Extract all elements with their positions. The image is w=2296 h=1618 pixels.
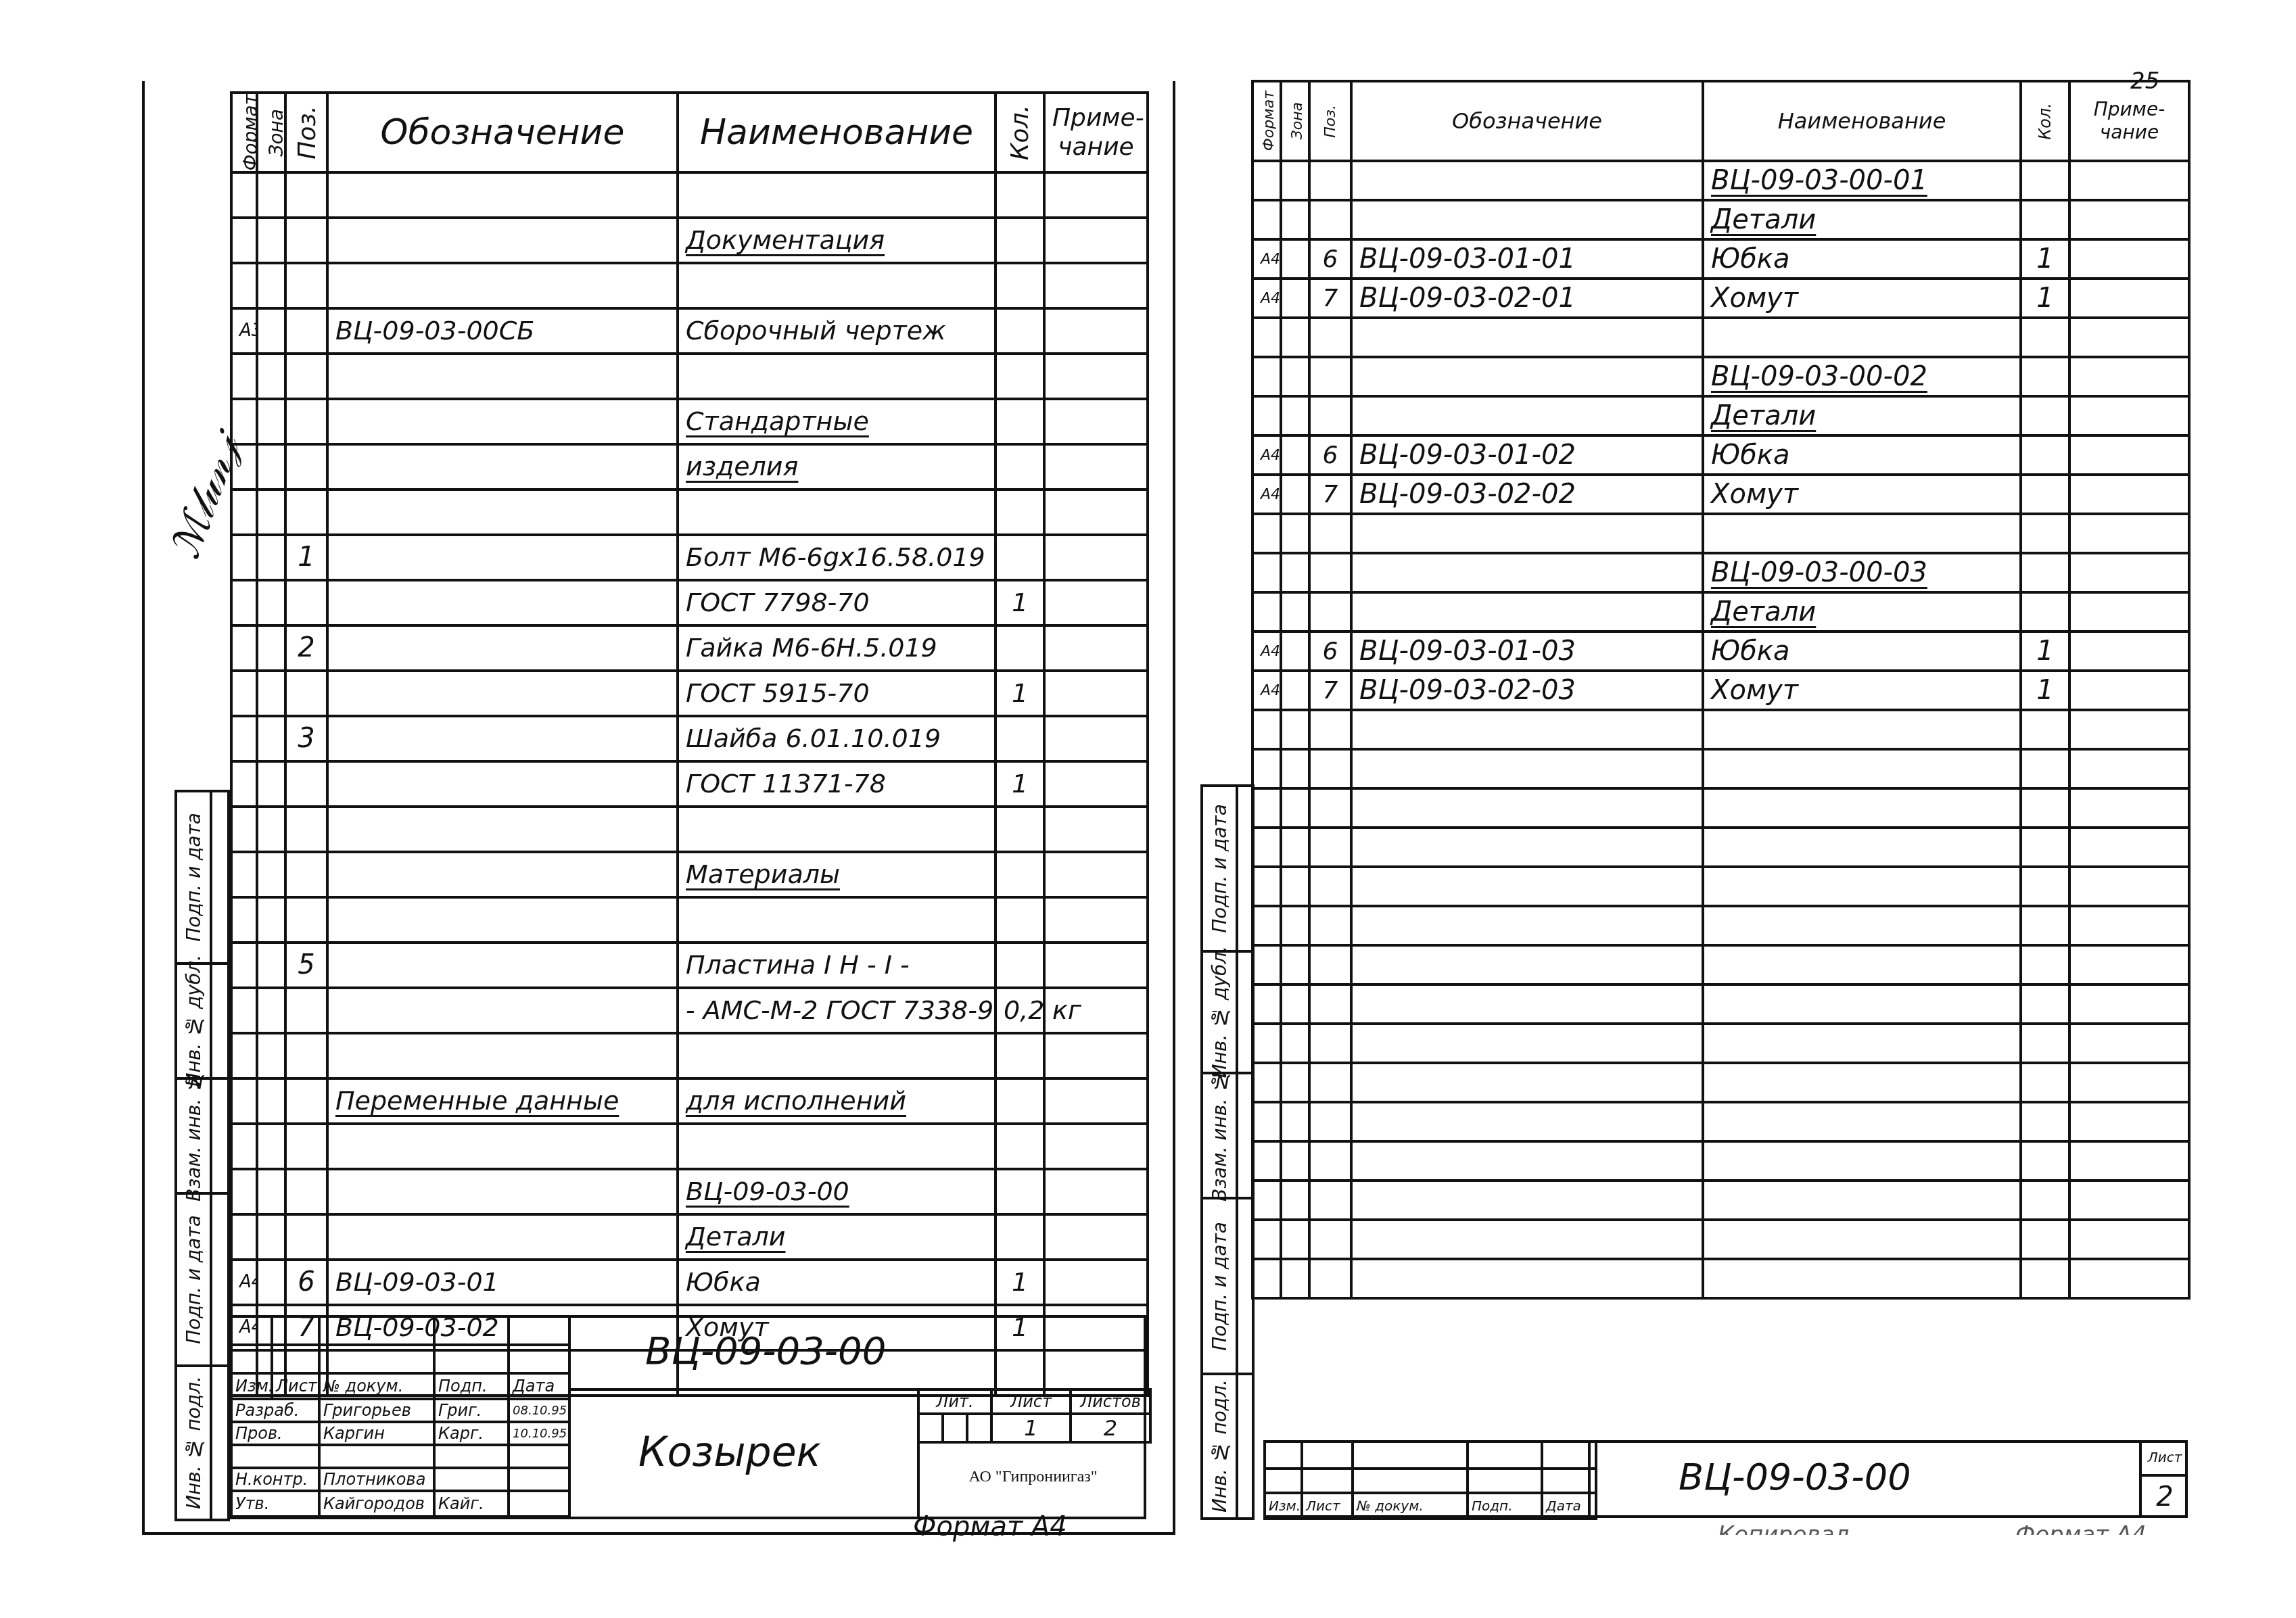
cell-designation bbox=[1351, 592, 1703, 632]
cell-zone bbox=[257, 1078, 285, 1124]
cell-name bbox=[1703, 710, 2021, 749]
cell-name: Стандартные bbox=[678, 399, 995, 444]
cell-format: А4 bbox=[1252, 435, 1281, 475]
left-spec-table: Формат Зона Поз. Обозначение Наименовани… bbox=[230, 91, 1149, 1397]
cell-pos bbox=[1309, 906, 1351, 945]
cell-pos bbox=[1309, 357, 1351, 396]
cell-name: ВЦ-09-03-00 bbox=[678, 1169, 995, 1214]
cell-format bbox=[231, 580, 257, 625]
cell-pos bbox=[1309, 553, 1351, 592]
person-date bbox=[509, 1445, 569, 1468]
cell-format bbox=[231, 1214, 257, 1260]
cell-zone bbox=[1281, 945, 1309, 984]
table-row: А46ВЦ-09-03-01Юбка1 bbox=[231, 1260, 1148, 1305]
table-row bbox=[1252, 514, 2189, 553]
cell-name: Хомут bbox=[1703, 475, 2021, 514]
cell-zone bbox=[257, 1033, 285, 1078]
cell-designation: ВЦ-09-03-02-03 bbox=[1351, 671, 1703, 710]
cell-note bbox=[2069, 1259, 2189, 1298]
cell-qty bbox=[2021, 1063, 2069, 1102]
cell-note: кг bbox=[1044, 988, 1148, 1033]
right-title-block: Изм. Лист № докум. Подп. Дата ВЦ-09-03-0… bbox=[1263, 1440, 2188, 1518]
cell-note bbox=[2069, 984, 2189, 1024]
cell-designation: ВЦ-09-03-01 bbox=[327, 1260, 678, 1305]
cell-format bbox=[1252, 867, 1281, 906]
table-row bbox=[1252, 1024, 2189, 1063]
cell-name: Гайка М6-6Н.5.019 bbox=[678, 625, 995, 671]
cell-pos bbox=[1309, 945, 1351, 984]
cell-pos bbox=[285, 1078, 327, 1124]
table-row bbox=[1252, 984, 2189, 1024]
cell-pos bbox=[1309, 1220, 1351, 1259]
cell-qty bbox=[995, 1214, 1044, 1260]
header-name: Наименование bbox=[1703, 81, 2021, 161]
col-header-list: Лист bbox=[1302, 1493, 1353, 1519]
cell-name bbox=[678, 172, 995, 218]
cell-zone bbox=[1281, 592, 1309, 632]
cell-name bbox=[1703, 1259, 2021, 1298]
cell-format bbox=[1252, 161, 1281, 200]
cell-qty bbox=[995, 1169, 1044, 1214]
cell-designation bbox=[1351, 710, 1703, 749]
cell-format bbox=[231, 172, 257, 218]
cell-zone bbox=[257, 897, 285, 943]
cell-note bbox=[1044, 444, 1148, 490]
table-row bbox=[231, 1124, 1148, 1169]
cell-zone bbox=[257, 580, 285, 625]
title-block-sheet-info: Лит. Лист Листов 1 2 bbox=[917, 1388, 1152, 1444]
cell-designation bbox=[327, 263, 678, 308]
cell-pos bbox=[285, 761, 327, 807]
cell-note bbox=[2069, 514, 2189, 553]
cell-name bbox=[1703, 1063, 2021, 1102]
header-note: Приме-чание bbox=[1044, 93, 1148, 172]
person-signature: Григ. bbox=[434, 1399, 509, 1422]
cell-name: ВЦ-09-03-00-02 bbox=[1703, 357, 2021, 396]
cell-designation: ВЦ-09-03-01-03 bbox=[1351, 632, 1703, 671]
cell-name: для исполнений bbox=[678, 1078, 995, 1124]
cell-designation bbox=[1351, 945, 1703, 984]
cell-designation bbox=[327, 218, 678, 263]
cell-designation bbox=[1351, 357, 1703, 396]
cell-zone bbox=[257, 716, 285, 761]
right-spec-table: Формат Зона Поз. Обозначение Наименовани… bbox=[1251, 80, 2190, 1300]
table-row: 1Болт М6-6gх16.58.019 bbox=[231, 535, 1148, 580]
header-row: Формат Зона Поз. Обозначение Наименовани… bbox=[231, 93, 1148, 172]
cell-pos: 2 bbox=[285, 625, 327, 671]
cell-zone bbox=[257, 625, 285, 671]
cell-zone bbox=[257, 807, 285, 852]
person-role: Утв. bbox=[231, 1491, 319, 1517]
cell-qty: 1 bbox=[2021, 632, 2069, 671]
cell-pos: 7 bbox=[1309, 671, 1351, 710]
cell-note bbox=[1044, 580, 1148, 625]
cell-zone bbox=[257, 943, 285, 988]
cell-note bbox=[2069, 1063, 2189, 1102]
cell-pos bbox=[1309, 318, 1351, 357]
cell-name bbox=[1703, 1102, 2021, 1141]
cell-name bbox=[1703, 1024, 2021, 1063]
cell-zone bbox=[1281, 710, 1309, 749]
cell-zone bbox=[1281, 318, 1309, 357]
cell-qty bbox=[2021, 1102, 2069, 1141]
cell-qty bbox=[2021, 828, 2069, 867]
cell-format bbox=[231, 807, 257, 852]
table-row: изделия bbox=[231, 444, 1148, 490]
sheet-number: 2 bbox=[2142, 1477, 2188, 1517]
person-role: Пров. bbox=[231, 1422, 319, 1445]
cell-format bbox=[1252, 1259, 1281, 1298]
cell-designation bbox=[1351, 867, 1703, 906]
cell-designation: ВЦ-09-03-01-02 bbox=[1351, 435, 1703, 475]
cell-name: изделия bbox=[678, 444, 995, 490]
col-header-sign: Подп. bbox=[1468, 1493, 1542, 1519]
person-row: Пров. Каргин Карг. 10.10.95 bbox=[231, 1422, 569, 1445]
cell-qty bbox=[995, 1124, 1044, 1169]
cell-zone bbox=[1281, 671, 1309, 710]
cell-note bbox=[1044, 399, 1148, 444]
table-row: Детали bbox=[1252, 200, 2189, 239]
cell-qty bbox=[995, 852, 1044, 897]
cell-name: Детали bbox=[1703, 592, 2021, 632]
cell-name: Документация bbox=[678, 218, 995, 263]
cell-pos bbox=[285, 490, 327, 535]
cell-note bbox=[1044, 943, 1148, 988]
cell-name bbox=[1703, 749, 2021, 788]
col-header-izm: Изм. bbox=[231, 1373, 272, 1399]
cell-zone bbox=[257, 1169, 285, 1214]
cell-format: А4 bbox=[1252, 239, 1281, 279]
table-row: ВЦ-09-03-00 bbox=[231, 1169, 1148, 1214]
cell-format bbox=[231, 399, 257, 444]
cell-pos bbox=[285, 263, 327, 308]
cell-note bbox=[1044, 1078, 1148, 1124]
cell-format bbox=[1252, 1102, 1281, 1141]
cell-note bbox=[2069, 553, 2189, 592]
cell-name bbox=[1703, 1141, 2021, 1181]
cell-zone bbox=[257, 172, 285, 218]
cell-designation bbox=[1351, 1259, 1703, 1298]
cell-name: Юбка bbox=[678, 1260, 995, 1305]
cell-pos bbox=[285, 1033, 327, 1078]
cell-qty bbox=[2021, 788, 2069, 828]
person-date bbox=[509, 1468, 569, 1491]
cell-zone bbox=[1281, 984, 1309, 1024]
cell-format bbox=[231, 988, 257, 1033]
cell-pos: 6 bbox=[1309, 632, 1351, 671]
cell-designation: Переменные данные bbox=[327, 1078, 678, 1124]
cell-qty bbox=[2021, 1141, 2069, 1181]
person-date: 08.10.95 bbox=[509, 1399, 569, 1422]
cell-designation bbox=[327, 490, 678, 535]
cell-note bbox=[1044, 1033, 1148, 1078]
table-row: Документация bbox=[231, 218, 1148, 263]
cell-zone bbox=[1281, 200, 1309, 239]
cell-note bbox=[1044, 807, 1148, 852]
cell-name: Хомут bbox=[1703, 279, 2021, 318]
cell-designation bbox=[1351, 1063, 1703, 1102]
cell-format bbox=[1252, 828, 1281, 867]
cell-pos bbox=[1309, 788, 1351, 828]
person-signature bbox=[434, 1468, 509, 1491]
cell-format bbox=[231, 535, 257, 580]
cell-name bbox=[1703, 514, 2021, 553]
cell-zone bbox=[1281, 435, 1309, 475]
cell-format bbox=[231, 716, 257, 761]
table-row: А3ВЦ-09-03-00СБСборочный чертеж bbox=[231, 308, 1148, 354]
table-row bbox=[1252, 1220, 2189, 1259]
header-name: Наименование bbox=[678, 93, 995, 172]
col-header-date: Дата bbox=[509, 1373, 569, 1399]
cell-designation bbox=[327, 761, 678, 807]
cell-note bbox=[1044, 716, 1148, 761]
table-row bbox=[1252, 945, 2189, 984]
cell-qty bbox=[995, 625, 1044, 671]
person-row: Утв. Кайгородов Кайг. bbox=[231, 1491, 569, 1517]
header-zone: Зона bbox=[257, 93, 285, 172]
cell-note bbox=[2069, 592, 2189, 632]
cell-designation: ВЦ-09-03-01-01 bbox=[1351, 239, 1703, 279]
cell-qty bbox=[995, 943, 1044, 988]
right-margin-strip: Подп. и дата Инв. № дубл. Взам. инв. № П… bbox=[1200, 784, 1255, 1520]
cell-name: Шайба 6.01.10.019 bbox=[678, 716, 995, 761]
cell-qty bbox=[2021, 161, 2069, 200]
cell-note bbox=[1044, 490, 1148, 535]
cell-format bbox=[231, 263, 257, 308]
cell-name bbox=[1703, 1181, 2021, 1220]
cell-format bbox=[1252, 984, 1281, 1024]
cell-qty bbox=[2021, 1024, 2069, 1063]
cell-qty bbox=[2021, 945, 2069, 984]
header-pos: Поз. bbox=[285, 93, 327, 172]
cell-designation bbox=[1351, 318, 1703, 357]
cell-designation bbox=[1351, 396, 1703, 435]
cell-note bbox=[2069, 475, 2189, 514]
cell-pos bbox=[285, 308, 327, 354]
cell-note bbox=[2069, 396, 2189, 435]
cell-format bbox=[231, 625, 257, 671]
table-row: Материалы bbox=[231, 852, 1148, 897]
cell-name bbox=[1703, 1220, 2021, 1259]
cell-format bbox=[1252, 710, 1281, 749]
cell-pos bbox=[285, 1169, 327, 1214]
title-block-col-headers: Изм. Лист № докум. Подп. Дата bbox=[231, 1373, 569, 1399]
cell-designation bbox=[1351, 749, 1703, 788]
left-margin-strip: Подп. и дата Инв. № дубл. Взам. инв. № П… bbox=[174, 790, 230, 1521]
cell-zone bbox=[1281, 553, 1309, 592]
cell-format bbox=[1252, 1181, 1281, 1220]
cell-zone bbox=[1281, 828, 1309, 867]
cell-designation bbox=[327, 1169, 678, 1214]
cell-format bbox=[231, 897, 257, 943]
person-name bbox=[319, 1445, 434, 1468]
table-row bbox=[1252, 1259, 2189, 1298]
table-row bbox=[1252, 906, 2189, 945]
margin-label: Подп. и дата bbox=[183, 1215, 205, 1344]
header-qty: Кол. bbox=[995, 93, 1044, 172]
cell-zone bbox=[1281, 1141, 1309, 1181]
margin-label: Инв. № дубл. bbox=[183, 955, 205, 1087]
person-name: Каргин bbox=[319, 1422, 434, 1445]
cell-format: А4 bbox=[231, 1260, 257, 1305]
cell-qty bbox=[2021, 396, 2069, 435]
cell-name bbox=[678, 1124, 995, 1169]
person-date: 10.10.95 bbox=[509, 1422, 569, 1445]
table-row: Переменные данныедля исполнений bbox=[231, 1078, 1148, 1124]
table-row: Стандартные bbox=[231, 399, 1148, 444]
cell-format: А4 bbox=[1252, 279, 1281, 318]
cell-designation bbox=[327, 1124, 678, 1169]
cell-zone bbox=[257, 761, 285, 807]
cell-format bbox=[1252, 396, 1281, 435]
cell-zone bbox=[257, 671, 285, 716]
title-block-designation: ВЦ-09-03-00 bbox=[568, 1315, 1146, 1391]
person-row: Н.контр. Плотникова bbox=[231, 1468, 569, 1491]
cell-qty bbox=[2021, 867, 2069, 906]
cell-zone bbox=[257, 535, 285, 580]
cell-qty bbox=[2021, 357, 2069, 396]
right-title-block-sheet: Лист 2 bbox=[2139, 1440, 2188, 1518]
cell-designation bbox=[1351, 828, 1703, 867]
table-row bbox=[231, 354, 1148, 399]
cell-qty: 0,2 bbox=[995, 988, 1044, 1033]
cell-note bbox=[1044, 218, 1148, 263]
cell-name: Пластина I Н - I - bbox=[678, 943, 995, 988]
cell-note bbox=[2069, 435, 2189, 475]
table-row: ВЦ-09-03-00-02 bbox=[1252, 357, 2189, 396]
cell-designation bbox=[1351, 200, 1703, 239]
margin-cell: Инв. № подл. bbox=[1203, 1375, 1252, 1517]
cell-format bbox=[1252, 200, 1281, 239]
cell-qty bbox=[995, 354, 1044, 399]
cell-format bbox=[231, 852, 257, 897]
cell-note bbox=[2069, 200, 2189, 239]
cell-zone bbox=[1281, 788, 1309, 828]
cell-format bbox=[1252, 749, 1281, 788]
cell-qty bbox=[995, 172, 1044, 218]
cell-pos bbox=[285, 1214, 327, 1260]
cell-note bbox=[1044, 308, 1148, 354]
cell-qty bbox=[2021, 200, 2069, 239]
table-row: 5Пластина I Н - I - bbox=[231, 943, 1148, 988]
margin-cell: Подп. и дата bbox=[177, 1195, 227, 1367]
cell-pos: 6 bbox=[1309, 435, 1351, 475]
cell-note bbox=[1044, 354, 1148, 399]
cell-qty bbox=[995, 263, 1044, 308]
cell-note bbox=[2069, 671, 2189, 710]
cell-zone bbox=[257, 399, 285, 444]
table-row: Детали bbox=[1252, 592, 2189, 632]
cell-zone bbox=[1281, 632, 1309, 671]
cell-format bbox=[1252, 318, 1281, 357]
cell-note bbox=[1044, 1214, 1148, 1260]
cell-qty bbox=[995, 716, 1044, 761]
sheets-label: Листов bbox=[1071, 1389, 1150, 1414]
cell-note bbox=[2069, 1102, 2189, 1141]
cell-note bbox=[1044, 172, 1148, 218]
cell-pos bbox=[1309, 200, 1351, 239]
cell-designation bbox=[1351, 1102, 1703, 1141]
cell-format bbox=[231, 1169, 257, 1214]
cell-name bbox=[678, 897, 995, 943]
table-row bbox=[1252, 1141, 2189, 1181]
cell-zone bbox=[257, 444, 285, 490]
cell-zone bbox=[1281, 906, 1309, 945]
cell-note bbox=[2069, 279, 2189, 318]
cell-designation bbox=[327, 580, 678, 625]
cell-note bbox=[2069, 906, 2189, 945]
right-footer-format: Формат А4 bbox=[2015, 1521, 2147, 1548]
cell-designation bbox=[327, 988, 678, 1033]
cell-name bbox=[1703, 867, 2021, 906]
cell-zone bbox=[257, 354, 285, 399]
cell-pos bbox=[1309, 514, 1351, 553]
title-block-signatures: Изм. Лист № докум. Подп. Дата Разраб. Гр… bbox=[230, 1315, 571, 1518]
cell-format bbox=[231, 943, 257, 988]
col-header-doc: № докум. bbox=[319, 1373, 434, 1399]
cell-pos bbox=[285, 354, 327, 399]
cell-name: Материалы bbox=[678, 852, 995, 897]
left-spec-body: ДокументацияА3ВЦ-09-03-00СБСборочный чер… bbox=[231, 172, 1148, 1396]
cell-zone bbox=[257, 852, 285, 897]
cell-name bbox=[1703, 984, 2021, 1024]
cell-zone bbox=[257, 1124, 285, 1169]
cell-qty bbox=[2021, 1259, 2069, 1298]
cell-format bbox=[1252, 553, 1281, 592]
header-zone: Зона bbox=[1281, 81, 1309, 161]
table-row bbox=[231, 807, 1148, 852]
table-row: А46ВЦ-09-03-01-02Юбка bbox=[1252, 435, 2189, 475]
cell-name bbox=[678, 263, 995, 308]
table-row bbox=[1252, 828, 2189, 867]
person-signature: Кайг. bbox=[434, 1491, 509, 1517]
table-row bbox=[1252, 710, 2189, 749]
margin-label: Подп. и дата bbox=[183, 813, 205, 942]
title-block-product-title: Козырек bbox=[568, 1388, 920, 1519]
header-pos: Поз. bbox=[1309, 81, 1351, 161]
cell-name: Юбка bbox=[1703, 632, 2021, 671]
cell-format bbox=[1252, 1024, 1281, 1063]
cell-note bbox=[2069, 1181, 2189, 1220]
cell-format: А4 bbox=[1252, 671, 1281, 710]
cell-designation: ВЦ-09-03-00СБ bbox=[327, 308, 678, 354]
table-row bbox=[231, 1033, 1148, 1078]
cell-qty bbox=[995, 807, 1044, 852]
cell-qty bbox=[2021, 553, 2069, 592]
table-row bbox=[1252, 318, 2189, 357]
cell-zone bbox=[1281, 1259, 1309, 1298]
cell-pos: 6 bbox=[285, 1260, 327, 1305]
cell-qty: 1 bbox=[995, 580, 1044, 625]
cell-designation bbox=[327, 852, 678, 897]
cell-pos bbox=[1309, 749, 1351, 788]
cell-designation: ВЦ-09-03-02-01 bbox=[1351, 279, 1703, 318]
cell-name: ВЦ-09-03-00-01 bbox=[1703, 161, 2021, 200]
table-row bbox=[1252, 867, 2189, 906]
margin-cell: Инв. № дубл. bbox=[1203, 953, 1252, 1074]
margin-cell: Инв. № подл. bbox=[177, 1367, 227, 1519]
cell-format bbox=[1252, 1141, 1281, 1181]
margin-label: Подп. и дата bbox=[1209, 1222, 1231, 1351]
cell-zone bbox=[1281, 867, 1309, 906]
title-block-organization: АО "Гипрониигаз" bbox=[917, 1437, 1146, 1519]
sheet-label: Лист bbox=[2142, 1440, 2188, 1477]
cell-qty: 1 bbox=[2021, 239, 2069, 279]
cell-format bbox=[231, 354, 257, 399]
cell-note bbox=[2069, 632, 2189, 671]
cell-format bbox=[1252, 592, 1281, 632]
left-footer-format: Формат А4 bbox=[913, 1511, 1067, 1542]
